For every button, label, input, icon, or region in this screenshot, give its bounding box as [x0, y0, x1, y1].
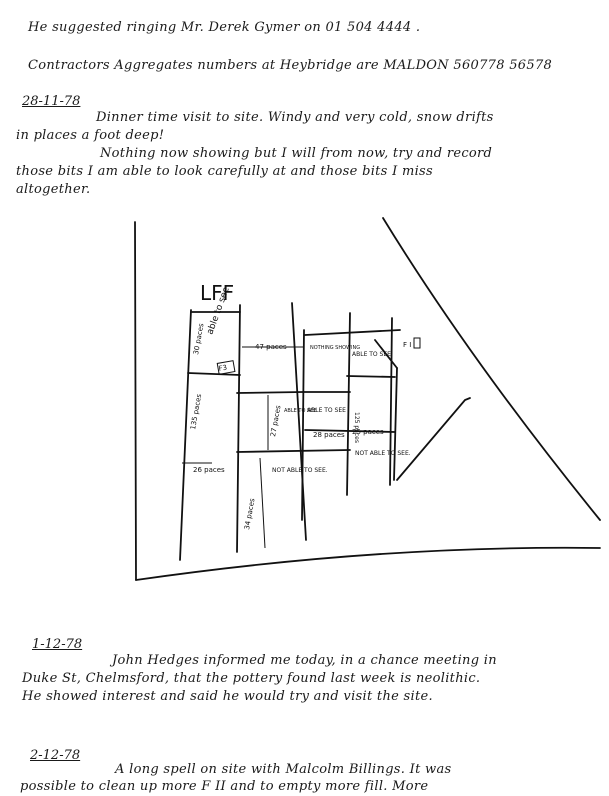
svg-text:30 paces: 30 paces	[192, 322, 205, 355]
entry-2-line-3: He showed interest and said he would try…	[22, 689, 433, 704]
entry-date-3: 2-12-78	[30, 748, 80, 763]
svg-text:F3: F3	[218, 364, 228, 373]
svg-text:F I: F I	[403, 341, 411, 349]
svg-text:34 paces: 34 paces	[243, 497, 256, 530]
svg-text:47 paces: 47 paces	[255, 343, 287, 351]
entry-2-line-1: John Hedges informed me today, in a chan…	[112, 653, 497, 668]
svg-text:28 paces: 28 paces	[313, 431, 345, 439]
entry-3-line-2: possible to clean up more F II and to em…	[20, 779, 428, 794]
svg-text:26 paces: 26 paces	[193, 466, 225, 474]
svg-text:ABLE TO SEE: ABLE TO SEE	[352, 351, 391, 358]
svg-text:27 paces: 27 paces	[269, 404, 282, 437]
entry-2-line-2: Duke St, Chelmsford, that the pottery fo…	[22, 671, 480, 686]
svg-text:NOT ABLE TO SEE.: NOT ABLE TO SEE.	[272, 467, 328, 474]
entry-3-line-1: A long spell on site with Malcolm Billin…	[115, 762, 452, 777]
svg-text:135 paces: 135 paces	[189, 393, 203, 430]
svg-text:ABLE TO SEE: ABLE TO SEE	[307, 407, 346, 414]
svg-text:25 paces: 25 paces	[352, 428, 384, 436]
svg-text:NOT ABLE TO SEE.: NOT ABLE TO SEE.	[355, 450, 411, 457]
entry-date-2: 1-12-78	[32, 637, 82, 652]
